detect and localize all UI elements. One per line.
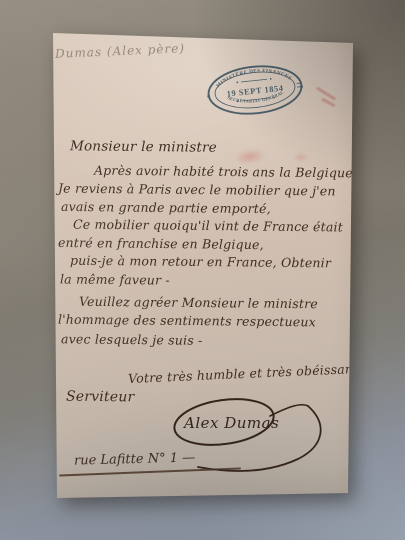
letter-line: entré en franchise en Belgique, <box>58 235 264 252</box>
letter-salutation: Monsieur le ministre <box>70 138 217 156</box>
paper-shadow: Dumas (Alex père) MINISTÈRE DES FINANCES… <box>0 0 405 540</box>
letter-line: avais en grande partie emporté, <box>61 199 271 216</box>
stamp-ornament-dot <box>270 78 272 80</box>
dumas-signature: Alex Dumas <box>158 394 328 479</box>
letter-line: avec lesquels je suis - <box>61 331 203 347</box>
letter-closing-line: Serviteur <box>66 389 135 406</box>
letter-line: Veuillez agréer Monsieur le ministre <box>79 294 318 312</box>
stamp-ornament-dot <box>236 81 238 83</box>
letter-line: l'hommage des sentiments respectueux <box>58 312 316 330</box>
letter-line: Ce mobilier quoiqu'il vint de France éta… <box>73 217 343 235</box>
address-line: rue Lafitte N° 1 — <box>74 450 196 468</box>
letter-line: puis-je à mon retour en France, Obtenir <box>70 253 331 271</box>
letter-line: la même faveur - <box>60 271 170 287</box>
stamp-ornament-top <box>241 79 267 82</box>
signature-text: Alex Dumas <box>182 414 279 432</box>
letter-line: Après avoir habité trois ans la Belgique… <box>94 163 357 181</box>
red-ink-stain <box>293 153 309 162</box>
letter-line: Je reviens à Paris avec le mobilier que … <box>58 181 336 199</box>
letter-paper: Dumas (Alex père) MINISTÈRE DES FINANCES… <box>0 0 405 540</box>
ministry-oval-date-stamp: MINISTÈRE DES FINANCES 19 SEPT 1854 SECR… <box>201 57 308 123</box>
photo-of-handwritten-letter: Dumas (Alex père) MINISTÈRE DES FINANCES… <box>0 0 405 540</box>
